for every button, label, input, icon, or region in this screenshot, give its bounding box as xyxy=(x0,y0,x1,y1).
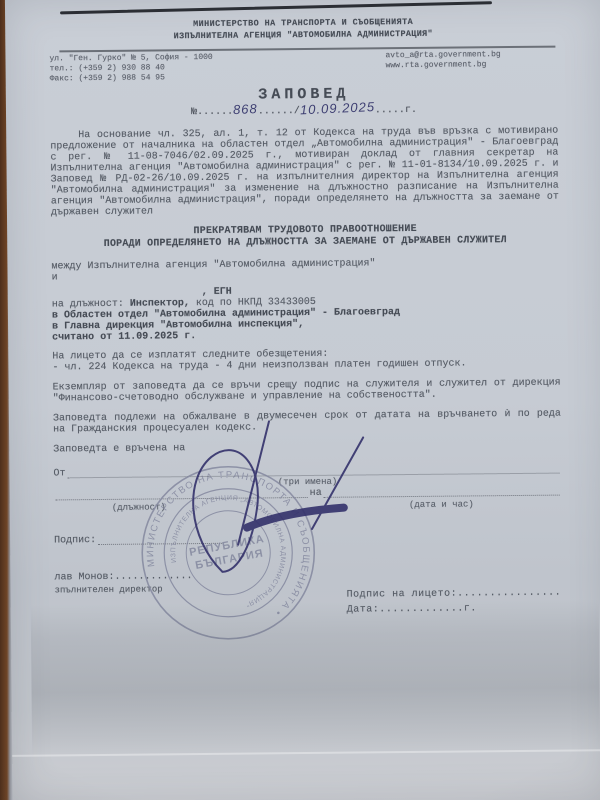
parties-block: между Изпълнителна агенция "Автомобилна … xyxy=(51,257,560,344)
datetime-caption: (дата и час) xyxy=(409,499,474,511)
dots: ...... xyxy=(197,107,233,118)
order-number-handwritten: 868 xyxy=(233,103,258,115)
compensation-block: На лицето да се изплатят следните обезще… xyxy=(52,347,560,374)
paper: МИНИСТЕРСТВО НА ТРАНСПОРТА И СЪОБЩЕНИЯТА… xyxy=(5,0,600,800)
decree-heading: ПРЕКРАТЯВАМ ТРУДОВОТО ПРАВООТНОШЕНИЕ ПОР… xyxy=(51,223,559,251)
website-url: www.rta.government.bg xyxy=(386,60,558,72)
fax-line: Факс: (+359 2) 988 54 95 xyxy=(50,73,213,85)
signature-ink xyxy=(151,408,383,595)
contact-block: ул. "Ген. Гурко" № 5, София - 1000 тел.:… xyxy=(49,50,557,85)
dots: ...... xyxy=(258,106,294,117)
dots: ..... xyxy=(375,105,405,116)
position-name: Инспектор, xyxy=(130,298,190,310)
order-number-line: №......868....../10.09.2025.....г. xyxy=(50,101,558,120)
person-date-line: Дата:.............г. xyxy=(347,601,562,618)
document-title: ЗАПОВЕД xyxy=(50,87,558,103)
year-abbrev: г. xyxy=(405,105,417,116)
position-label: на длъжност: xyxy=(52,299,130,311)
order-document: МИНИСТЕРСТВО НА ТРАНСПОРТА И СЪОБЩЕНИЯТА… xyxy=(5,0,600,800)
signature-label: Подпис: xyxy=(54,535,96,546)
order-date-handwritten: 10.09.2025 xyxy=(300,101,375,115)
copy-clause: Екземпляр от заповедта да се връчи срещу… xyxy=(53,378,561,405)
photo-background: МИНИСТЕРСТВО НА ТРАНСПОРТА И СЪОБЩЕНИЯТА… xyxy=(0,0,600,800)
legal-grounds-paragraph: На основание чл. 325, ал. 1, т. 12 от Ко… xyxy=(50,126,559,219)
from-label: От xyxy=(53,468,65,479)
